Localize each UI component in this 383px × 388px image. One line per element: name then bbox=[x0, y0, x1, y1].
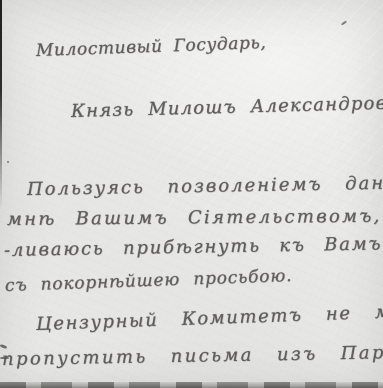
body-line-5: Цензурный Комитетъ не могъ bbox=[36, 300, 383, 335]
ink-speck bbox=[341, 20, 347, 25]
addressee-line: Князь Милошъ Александровичъ, bbox=[71, 92, 383, 122]
body-line-2: мнѣ Вашимъ Сіятельствомъ, осмѣ- bbox=[7, 205, 383, 230]
body-line-4: съ покорнѣйшею просьбою. bbox=[5, 266, 293, 296]
scan-edge-bottom bbox=[0, 382, 383, 388]
letter-scan: Милостивый Государь, Князь Милошъ Алекса… bbox=[0, 0, 383, 388]
body-line-3: -ливаюсь прибѣгнуть къ Вамъ bbox=[4, 233, 383, 261]
body-line-1: Пользуясь позволеніемъ даннымъ bbox=[27, 172, 383, 200]
scan-edge-left bbox=[0, 0, 2, 210]
ink-speck bbox=[7, 161, 9, 163]
body-line-6: пропустить письма изъ Парижа bbox=[2, 341, 383, 370]
salutation-line: Милостивый Государь, bbox=[36, 33, 267, 61]
